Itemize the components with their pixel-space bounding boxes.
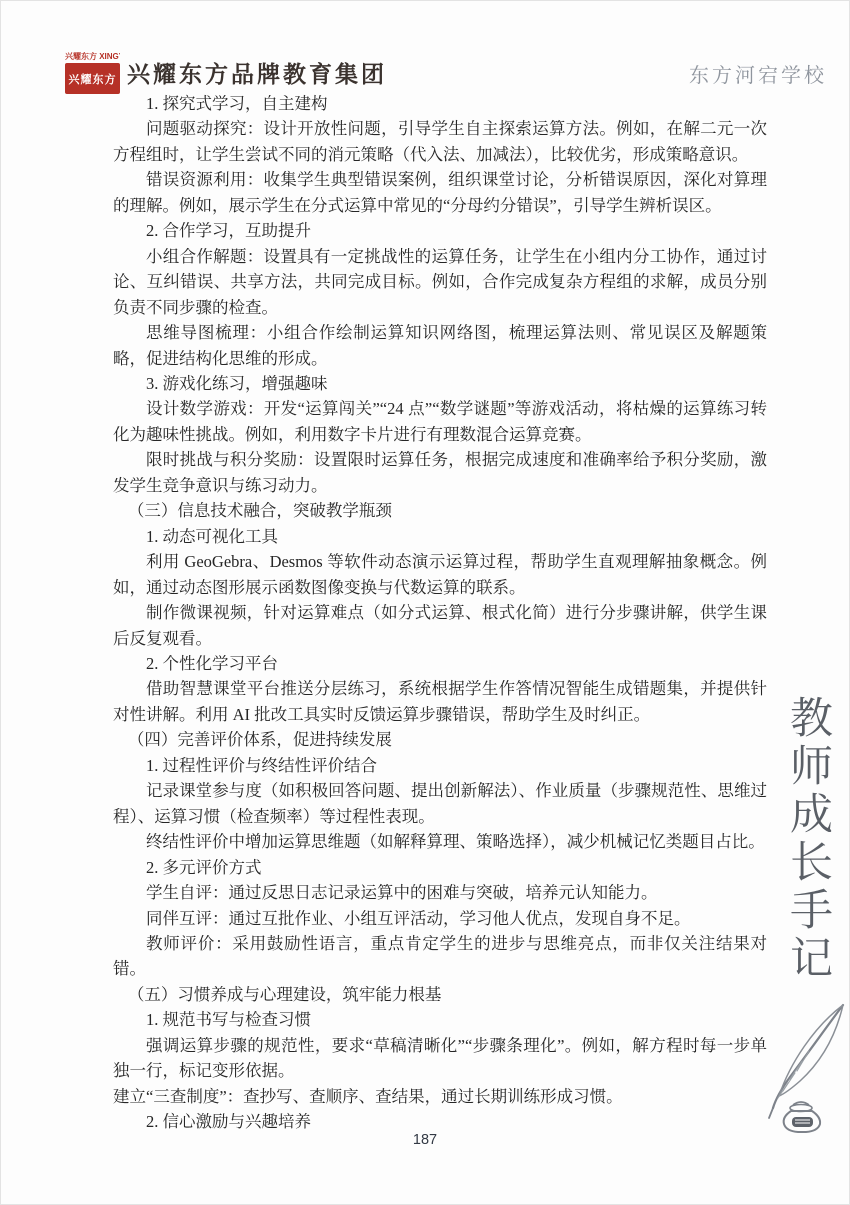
numbered-heading: 2. 合作学习，互助提升: [113, 218, 767, 243]
paragraph: 利用 GeoGebra、Desmos 等软件动态演示运算过程，帮助学生直观理解抽…: [113, 549, 767, 600]
document-body: 1. 探究式学习，自主建构问题驱动探究：设计开放性问题，引导学生自主探索运算方法…: [113, 91, 767, 1135]
paragraph: 同伴互评：通过互批作业、小组互评活动，学习他人优点，发现自身不足。: [113, 906, 767, 931]
logo-block-text: 兴耀东方: [65, 63, 120, 94]
paragraph: 记录课堂参与度（如积极回答问题、提出创新解法）、作业质量（步骤规范性、思维过程）…: [113, 778, 767, 829]
paragraph: 借助智慧课堂平台推送分层练习，系统根据学生作答情况智能生成错题集，并提供针对性讲…: [113, 676, 767, 727]
paragraph: 限时挑战与积分奖励：设置限时运算任务，根据完成速度和准确率给予积分奖励，激发学生…: [113, 447, 767, 498]
numbered-heading: 1. 动态可视化工具: [113, 524, 767, 549]
document-page: 兴耀东方 XINGYAO® 兴耀东方 兴耀东方品牌教育集团 东方河宕学校 1. …: [0, 0, 850, 1205]
numbered-heading: 1. 规范书写与检查习惯: [113, 1007, 767, 1032]
paragraph: 思维导图梳理：小组合作绘制运算知识网络图，梳理运算法则、常见误区及解题策略，促进…: [113, 320, 767, 371]
paragraph: 建立“三查制度”：查抄写、查顺序、查结果，通过长期训练形成习惯。: [113, 1084, 767, 1109]
quill-and-inkpot-icon: [750, 1001, 850, 1141]
paragraph: 制作微课视频，针对运算难点（如分式运算、根式化简）进行分步骤讲解，供学生课后反复…: [113, 600, 767, 651]
numbered-heading: 1. 探究式学习，自主建构: [113, 91, 767, 116]
paragraph: 设计数学游戏：开发“运算闯关”“24 点”“数学谜题”等游戏活动，将枯燥的运算练…: [113, 396, 767, 447]
numbered-heading: 2. 信心激励与兴趣培养: [113, 1109, 767, 1134]
numbered-heading: 3. 游戏化练习，增强趣味: [113, 371, 767, 396]
numbered-heading: 2. 多元评价方式: [113, 855, 767, 880]
section-heading: （三）信息技术融合，突破教学瓶颈: [113, 498, 767, 523]
vertical-calligraphy-title: 教师成长手记: [777, 695, 838, 987]
paragraph: 错误资源利用：收集学生典型错误案例，组织课堂讨论，分析错误原因，深化对算理的理解…: [113, 167, 767, 218]
numbered-heading: 1. 过程性评价与终结性评价结合: [113, 753, 767, 778]
paragraph: 问题驱动探究：设计开放性问题，引导学生自主探索运算方法。例如，在解二元一次方程组…: [113, 116, 767, 167]
school-name: 东方河宕学校: [689, 59, 827, 88]
xingyao-logo-icon: 兴耀东方 XINGYAO® 兴耀东方: [65, 52, 120, 94]
page-header: 兴耀东方 XINGYAO® 兴耀东方 兴耀东方品牌教育集团 东方河宕学校: [1, 1, 849, 101]
paragraph: 终结性评价中增加运算思维题（如解释算理、策略选择），减少机械记忆类题目占比。: [113, 829, 767, 854]
paragraph: 学生自评：通过反思日志记录运算中的困难与突破，培养元认知能力。: [113, 880, 767, 905]
numbered-heading: 2. 个性化学习平台: [113, 651, 767, 676]
page-number: 187: [1, 1132, 849, 1148]
paragraph: 强调运算步骤的规范性，要求“草稿清晰化”“步骤条理化”。例如，解方程时每一步单独…: [113, 1033, 767, 1084]
logo-top-text: 兴耀东方 XINGYAO®: [65, 52, 120, 62]
education-group-name: 兴耀东方品牌教育集团: [127, 56, 387, 89]
section-heading: （四）完善评价体系，促进持续发展: [113, 727, 767, 752]
section-heading: （五）习惯养成与心理建设，筑牢能力根基: [113, 982, 767, 1007]
paragraph: 教师评价：采用鼓励性语言，重点肯定学生的进步与思维亮点，而非仅关注结果对错。: [113, 931, 767, 982]
paragraph: 小组合作解题：设置具有一定挑战性的运算任务，让学生在小组内分工协作，通过讨论、互…: [113, 244, 767, 320]
